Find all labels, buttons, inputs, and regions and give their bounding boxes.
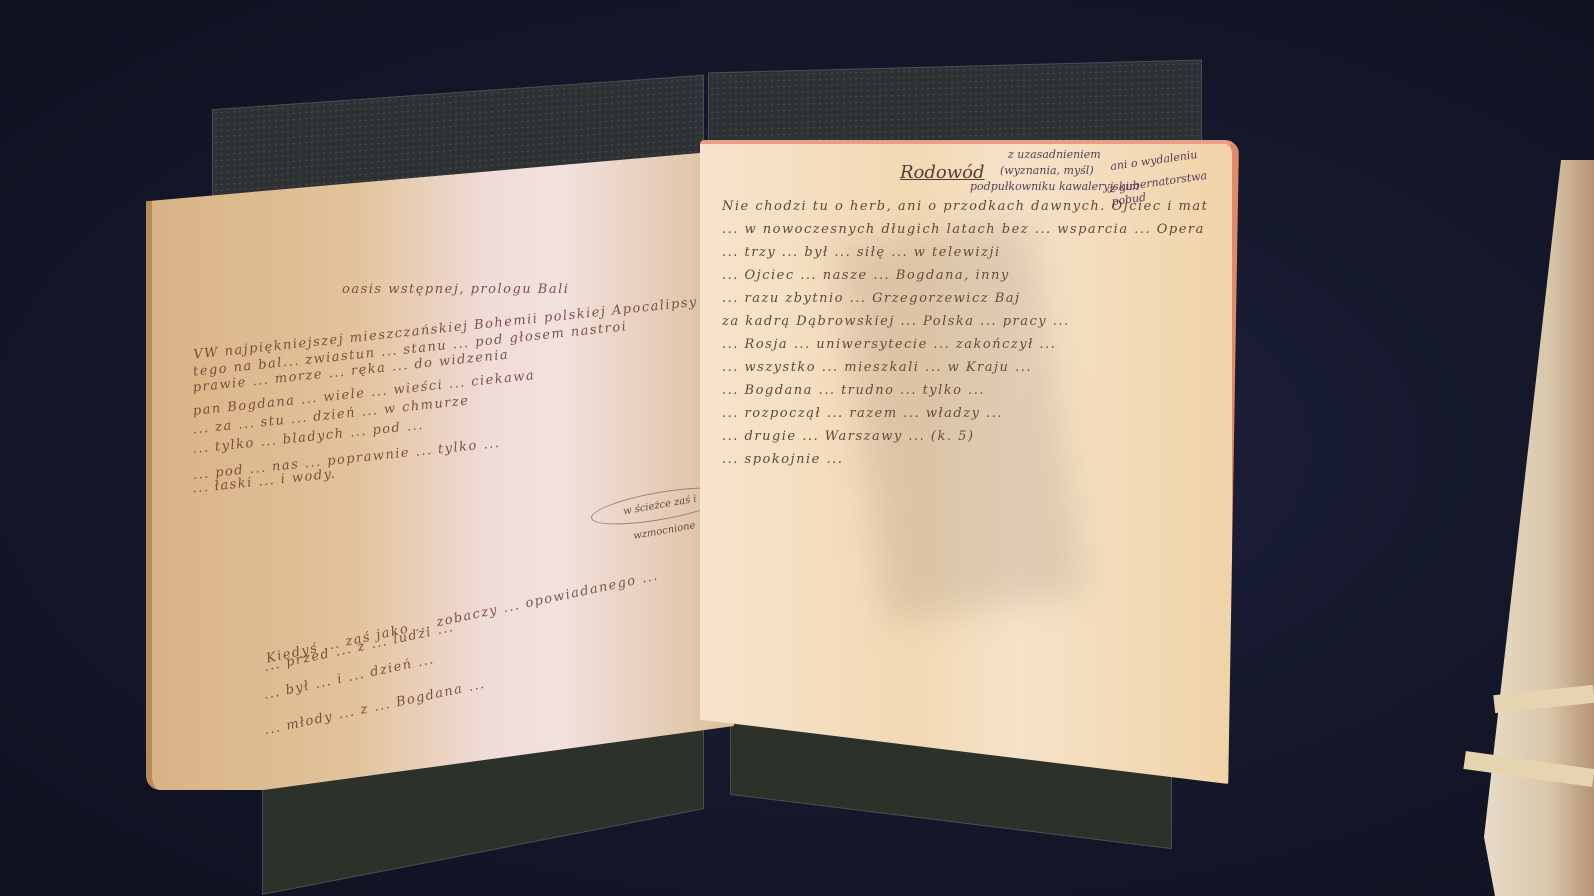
manuscript-left-page: oasis wstępnej, prologu Bali VW najpiękn… (146, 150, 734, 790)
adjacent-book (1484, 160, 1594, 896)
margin-note: ani o wydaleniu (1110, 148, 1199, 173)
margin-note: podpułkowniku kawaleryjskim (970, 180, 1139, 193)
handwritten-line: Nie chodzi tu o herb, ani o przodkach da… (722, 199, 1208, 214)
handwritten-line: oasis wstępnej, prologu Bali (342, 282, 569, 297)
handwritten-line: ... spokojnie ... (722, 452, 843, 467)
margin-note: z uzasadnieniem (1008, 148, 1101, 161)
photo-scene: oasis wstępnej, prologu Bali VW najpiękn… (0, 0, 1594, 896)
margin-note: (wyznania, myśl) (1000, 164, 1094, 177)
